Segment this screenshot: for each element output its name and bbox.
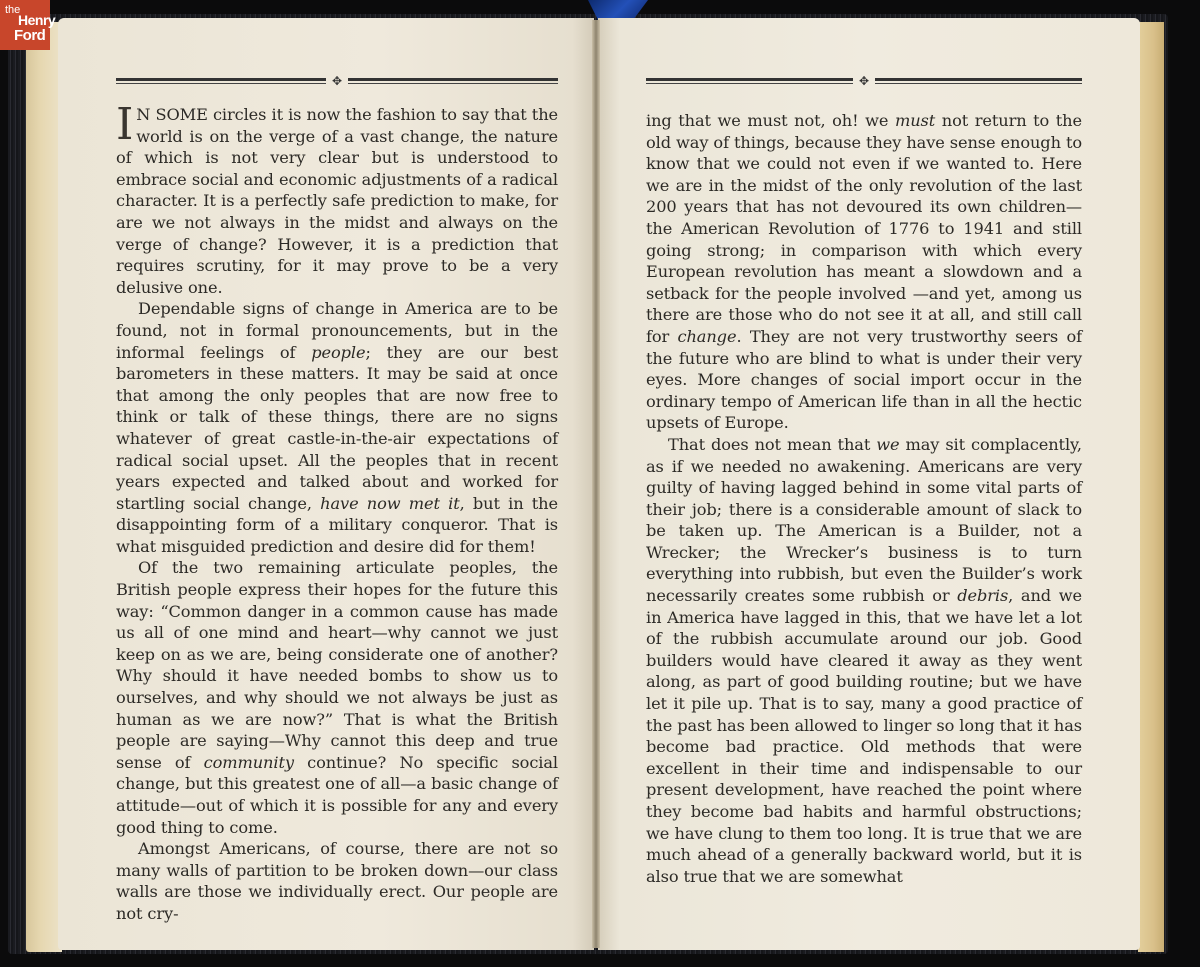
header-ornament-left: ✥ (116, 74, 558, 88)
page-edges-right (1138, 22, 1164, 952)
paragraph: IN SOME circles it is now the fashion to… (116, 104, 558, 298)
paragraph: Of the two remaining articulate peoples,… (116, 557, 558, 838)
double-rule (116, 78, 326, 85)
left-page: ✥ IN SOME circles it is now the fashion … (58, 18, 594, 950)
right-page-text: ing that we must not, oh! we must not re… (646, 110, 1082, 887)
fleuron-icon: ✥ (326, 75, 348, 87)
left-page-text: IN SOME circles it is now the fashion to… (116, 104, 558, 925)
header-ornament-right: ✥ (646, 74, 1082, 88)
henry-ford-logo: the Henry Ford (0, 0, 50, 50)
paragraph: ing that we must not, oh! we must not re… (646, 110, 1082, 434)
fleuron-icon: ✥ (853, 75, 875, 87)
drop-cap: I (116, 106, 133, 144)
double-rule (875, 78, 1082, 85)
paragraph: Dependable signs of change in America ar… (116, 298, 558, 557)
right-page: ✥ ing that we must not, oh! we must not … (598, 18, 1140, 950)
page-edges-left (26, 22, 62, 952)
paragraph: That does not mean that we may sit compl… (646, 434, 1082, 887)
double-rule (348, 78, 558, 85)
book-gutter (592, 20, 600, 948)
paragraph: Amongst Americans, of course, there are … (116, 838, 558, 924)
double-rule (646, 78, 853, 85)
